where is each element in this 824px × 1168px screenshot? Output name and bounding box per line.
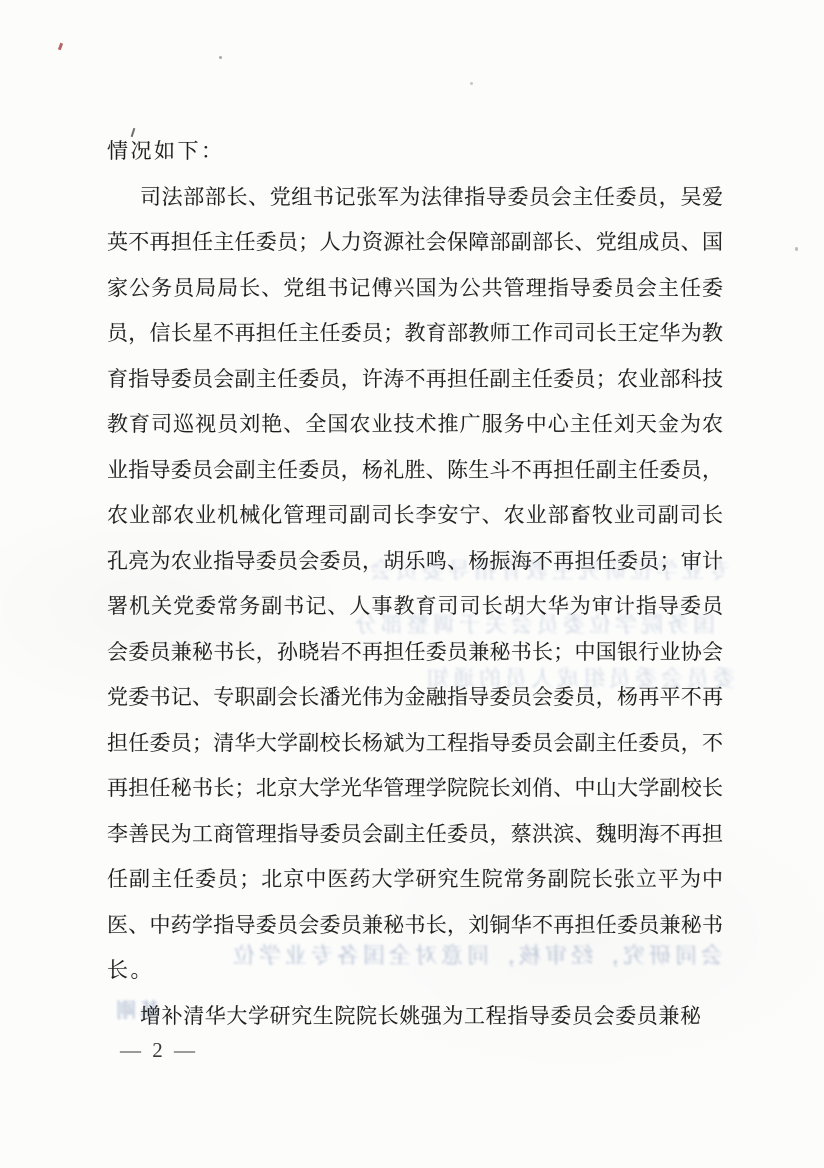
body-line: 署机关党委常务副书记、人事教育司司长胡大华为审计指导委员 xyxy=(107,584,723,630)
body-line: 司法部部长、党组书记张军为法律指导委员会主任委员，吴爱 xyxy=(107,175,723,221)
scanned-document-page: 专业学位研究生教育指导委员会 国务院学位委员会关于调整部分 委员会委员组成人员的… xyxy=(0,0,824,1168)
body-line: 家公务员局局长、党组书记傅兴国为公共管理指导委员会主任委 xyxy=(107,266,723,312)
body-line: 情况如下： xyxy=(107,129,723,175)
body-line: 再担任秘书长；北京大学光华管理学院院长刘俏、中山大学副校长 xyxy=(107,766,723,812)
body-line: 业指导委员会副主任委员，杨礼胜、陈生斗不再担任副主任委员， xyxy=(107,448,723,494)
body-line: 员，信长星不再担任主任委员；教育部教师工作司司长王定华为教 xyxy=(107,311,723,357)
scan-speck xyxy=(795,247,798,251)
body-line: 农业部农业机械化管理司副司长李安宁、农业部畜牧业司副司长 xyxy=(107,493,723,539)
body-line: 增补清华大学研究生院院长姚强为工程指导委员会委员兼秘 xyxy=(107,994,723,1040)
body-line: 医、中药学指导委员会委员兼秘书长，刘铜华不再担任委员兼秘书 xyxy=(107,903,723,949)
body-line: 英不再担任主任委员；人力资源社会保障部副部长、党组成员、国 xyxy=(107,220,723,266)
body-line: 长。 xyxy=(107,948,723,994)
body-text-column: 情况如下： 司法部部长、党组书记张军为法律指导委员会主任委员，吴爱 英不再担任主… xyxy=(107,0,723,1039)
body-line: 任副主任委员；北京中医药大学研究生院常务副院长张立平为中 xyxy=(107,857,723,903)
body-line: 李善民为工商管理指导委员会副主任委员，蔡洪滨、魏明海不再担 xyxy=(107,812,723,858)
body-line: 会委员兼秘书长，孙晓岩不再担任委员兼秘书长；中国银行业协会 xyxy=(107,630,723,676)
body-line: 孔亮为农业指导委员会委员，胡乐鸣、杨振海不再担任委员；审计 xyxy=(107,539,723,585)
body-line: 担任委员；清华大学副校长杨斌为工程指导委员会副主任委员，不 xyxy=(107,721,723,767)
page-number: — 2 — xyxy=(120,1038,198,1063)
body-line: 党委书记、专职副会长潘光伟为金融指导委员会委员，杨再平不再 xyxy=(107,675,723,721)
red-ink-speck xyxy=(58,43,63,51)
body-line: 育指导委员会副主任委员，许涛不再担任副主任委员；农业部科技 xyxy=(107,357,723,403)
body-line: 教育司巡视员刘艳、全国农业技术推广服务中心主任刘天金为农 xyxy=(107,402,723,448)
